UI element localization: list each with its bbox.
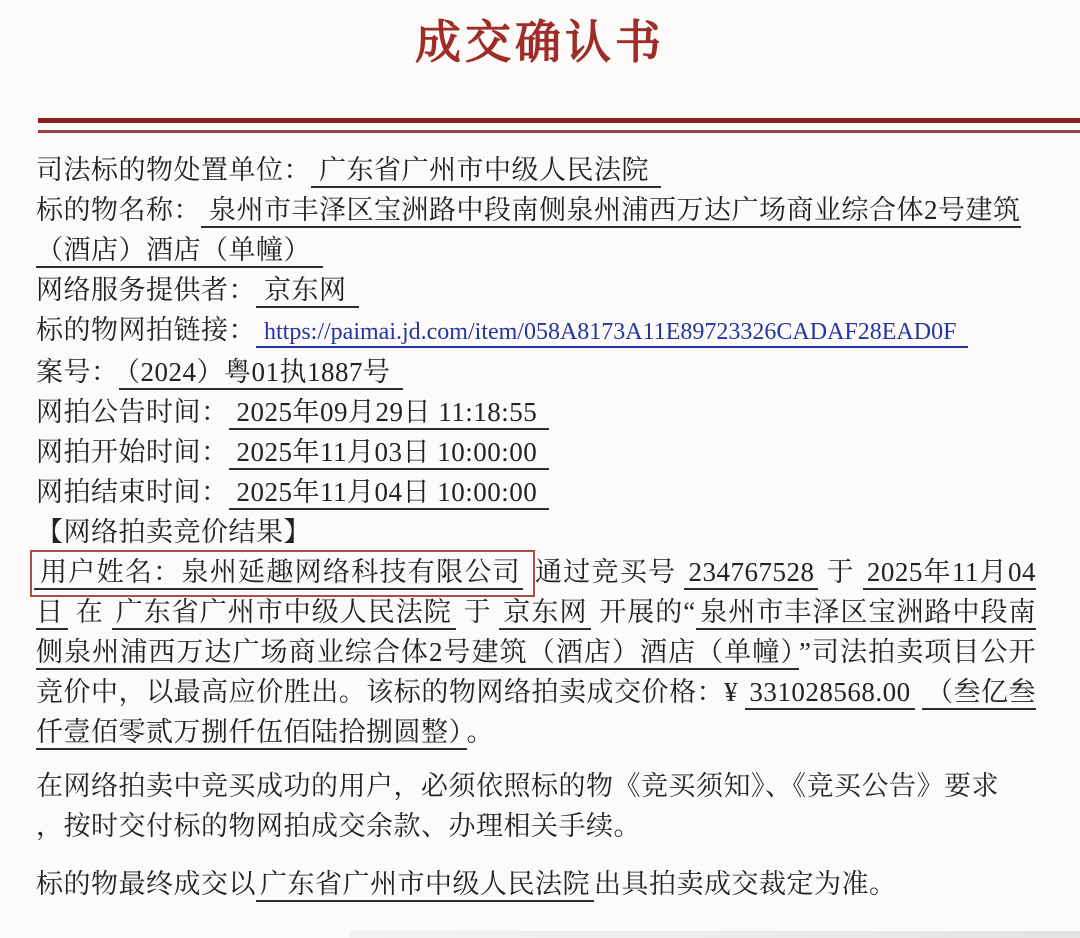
court-name: 广东省广州市中级人民法院 (112, 597, 456, 630)
notice-paragraph: 在网络拍卖中竞买成功的用户，必须依照标的物《竞买须知》、《竞买公告》要求，按时交… (36, 766, 1036, 846)
buyer-name: 泉州延趣网络科技有限公司 (181, 557, 521, 587)
double-rule (38, 118, 1080, 133)
field-label: 网络服务提供者： (36, 275, 256, 305)
result-text: 。 (467, 717, 495, 747)
field-label: 网拍结束时间： (36, 477, 229, 507)
result-paragraph: 用户姓名：泉州延趣网络科技有限公司通过竞买号 234767528 于 2025年… (36, 552, 1036, 752)
document-title: 成交确认书 (0, 0, 1080, 72)
field-value: （2024）粤01执1887号 (119, 357, 403, 390)
deal-price: 331028568.00 (745, 677, 914, 710)
notice-line: 在网络拍卖中竞买成功的用户，必须依照标的物《竞买须知》、《竞买公告》要求 (36, 771, 999, 801)
field-label: 标的物网拍链接： (36, 315, 256, 345)
scan-artifact-strip (350, 931, 1080, 938)
field-case-number: 案号：（2024）粤01执1887号 (36, 352, 1036, 392)
field-value: 京东网 (256, 275, 359, 308)
field-label: 司法标的物处置单位： (36, 155, 311, 185)
field-label: 网拍公告时间： (36, 397, 229, 427)
result-text: 于 (456, 597, 500, 627)
result-text: 开展的“ (591, 597, 695, 627)
field-announce-time: 网拍公告时间：2025年09月29日 11:18:55 (36, 392, 1036, 432)
field-service-provider: 网络服务提供者：京东网 (36, 270, 1036, 310)
buyer-highlight-box: 用户姓名：泉州延趣网络科技有限公司 (30, 550, 535, 597)
final-prefix: 标的物最终成交以 (36, 869, 256, 899)
field-end-time: 网拍结束时间：2025年11月04日 10:00:00 (36, 472, 1036, 512)
field-value: 2025年11月03日 10:00:00 (229, 437, 550, 470)
document-body: 司法标的物处置单位：广东省广州市中级人民法院 标的物名称：泉州市丰泽区宝洲路中段… (0, 133, 1080, 904)
field-start-time: 网拍开始时间：2025年11月03日 10:00:00 (36, 432, 1036, 472)
result-section-heading: 【网络拍卖竞价结果】 (36, 512, 1036, 552)
bid-number: 234767528 (684, 557, 818, 590)
final-paragraph: 标的物最终成交以广东省广州市中级人民法院出具拍卖成交裁定为准。 (36, 864, 1036, 904)
result-text: 通过竞买号 (535, 557, 685, 587)
result-text: 于 (818, 557, 862, 587)
field-value: 2025年09月29日 11:18:55 (229, 397, 550, 430)
notice-line: ，按时交付标的物网拍成交余款、办理相关手续。 (36, 811, 641, 841)
buyer-label: 用户姓名： (40, 557, 181, 587)
platform-name: 京东网 (499, 597, 591, 630)
field-label: 网拍开始时间： (36, 437, 229, 467)
rule-gap (38, 123, 1080, 130)
result-text: 在 (68, 597, 112, 627)
auction-link[interactable]: https://paimai.jd.com/item/058A8173A11E8… (256, 319, 968, 348)
field-value: 2025年11月04日 10:00:00 (229, 477, 550, 510)
field-label: 案号： (36, 357, 119, 387)
field-auction-link: 标的物网拍链接：https://paimai.jd.com/item/058A8… (36, 310, 1036, 352)
field-label: 标的物名称： (36, 195, 201, 225)
field-disposal-unit: 司法标的物处置单位：广东省广州市中级人民法院 (36, 150, 1036, 190)
field-item-name: 标的物名称：泉州市丰泽区宝洲路中段南侧泉州浦西万达广场商业综合体2号建筑（酒店）… (36, 190, 1036, 270)
court-name: 广东省广州市中级人民法院 (256, 869, 594, 902)
final-suffix: 出具拍卖成交裁定为准。 (594, 869, 897, 899)
result-text (915, 677, 922, 707)
field-value: 广东省广州市中级人民法院 (311, 155, 661, 188)
